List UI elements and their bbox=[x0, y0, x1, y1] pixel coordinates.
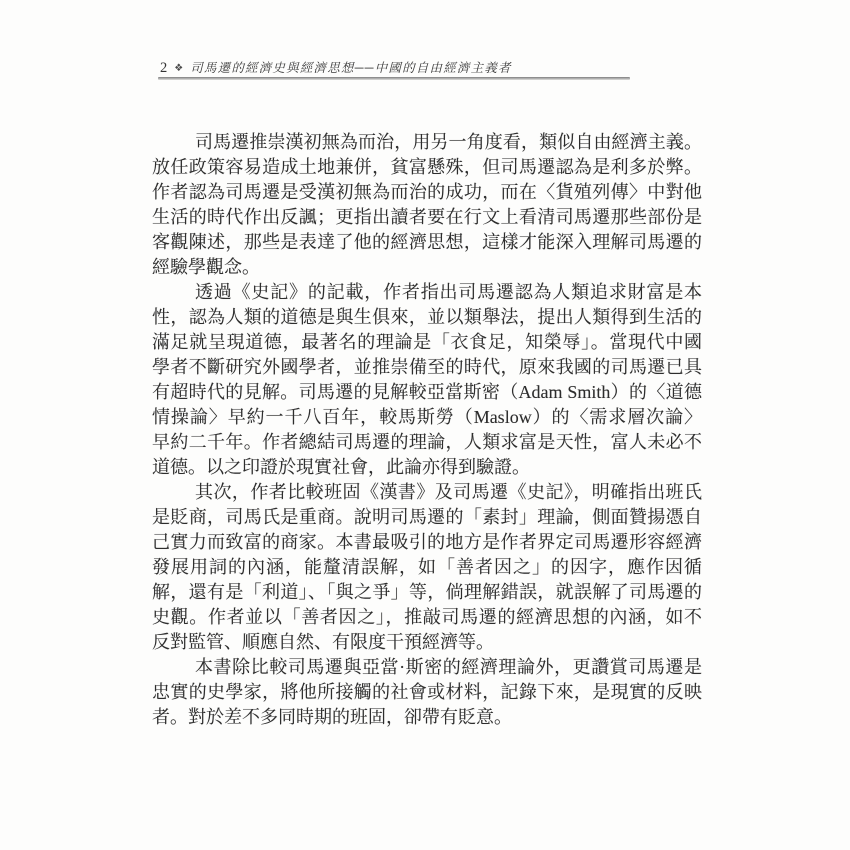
book-page: 2 ❖ 司馬遷的經濟史與經濟思想──中國的自由經濟主義者 司馬遷推崇漢初無為而治… bbox=[0, 0, 850, 850]
text-line: 己實力而致富的商家。本書最吸引的地方是作者界定司馬遷形容經濟 bbox=[152, 530, 702, 555]
text-line: 生活的時代作出反諷；更指出讀者要在行文上看清司馬遷那些部份是 bbox=[152, 205, 702, 230]
text-line: 司馬遷推崇漢初無為而治，用另一角度看，類似自由經濟主義。 bbox=[152, 130, 702, 155]
text-line: 滿足就呈現道德，最著名的理論是「衣食足，知榮辱」。當現代中國 bbox=[152, 330, 702, 355]
text-line: 忠實的史學家，將他所接觸的社會或材料，記錄下來，是現實的反映 bbox=[152, 680, 702, 705]
text-line: 客觀陳述，那些是表達了他的經濟思想，這樣才能深入理解司馬遷的 bbox=[152, 230, 702, 255]
text-line: 早約二千年。作者總結司馬遷的理論，人類求富是天性，富人未必不 bbox=[152, 430, 702, 455]
text-line: 性，認為人類的道德是與生俱來，並以類舉法，提出人類得到生活的 bbox=[152, 305, 702, 330]
text-line: 學者不斷研究外國學者，並推崇備至的時代，原來我國的司馬遷已具 bbox=[152, 355, 702, 380]
running-head: 2 ❖ 司馬遷的經濟史與經濟思想──中國的自由經濟主義者 bbox=[160, 58, 632, 76]
text-line: 本書除比較司馬遷與亞當·斯密的經濟理論外，更讚賞司馬遷是 bbox=[152, 655, 702, 680]
text-line: 放任政策容易造成土地兼併，貧富懸殊，但司馬遷認為是利多於弊。 bbox=[152, 155, 702, 180]
body-text: 司馬遷推崇漢初無為而治，用另一角度看，類似自由經濟主義。放任政策容易造成土地兼併… bbox=[152, 130, 702, 730]
text-line: 透過《史記》的記載，作者指出司馬遷認為人類追求財富是本 bbox=[152, 280, 702, 305]
text-line: 史觀。作者並以「善者因之」，推敲司馬遷的經濟思想的內涵，如不 bbox=[152, 605, 702, 630]
text-line: 有超時代的見解。司馬遷的見解較亞當斯密（Adam Smith）的〈道德 bbox=[152, 380, 702, 405]
text-line: 發展用詞的內涵，能釐清誤解，如「善者因之」的因字，應作因循 bbox=[152, 555, 702, 580]
running-head-title: 司馬遷的經濟史與經濟思想──中國的自由經濟主義者 bbox=[190, 58, 512, 76]
header-rule bbox=[158, 77, 630, 80]
text-line: 反對監管、順應自然、有限度干預經濟等。 bbox=[152, 630, 702, 655]
diamond-ornament-icon: ❖ bbox=[174, 63, 183, 74]
page-number: 2 bbox=[160, 60, 167, 77]
text-line: 道德。以之印證於現實社會，此論亦得到驗證。 bbox=[152, 455, 702, 480]
text-line: 解，還有是「利道」、「與之爭」等，倘理解錯誤，就誤解了司馬遷的 bbox=[152, 580, 702, 605]
text-line: 作者認為司馬遷是受漢初無為而治的成功，而在〈貨殖列傳〉中對他 bbox=[152, 180, 702, 205]
text-line: 經驗學觀念。 bbox=[152, 255, 702, 280]
text-line: 是貶商，司馬氏是重商。說明司馬遷的「素封」理論，側面贊揚憑自 bbox=[152, 505, 702, 530]
text-line: 者。對於差不多同時期的班固，卻帶有貶意。 bbox=[152, 705, 702, 730]
text-line: 情操論〉早約一千八百年，較馬斯勞（Maslow）的〈需求層次論〉 bbox=[152, 405, 702, 430]
text-line: 其次，作者比較班固《漢書》及司馬遷《史記》，明確指出班氏 bbox=[152, 480, 702, 505]
